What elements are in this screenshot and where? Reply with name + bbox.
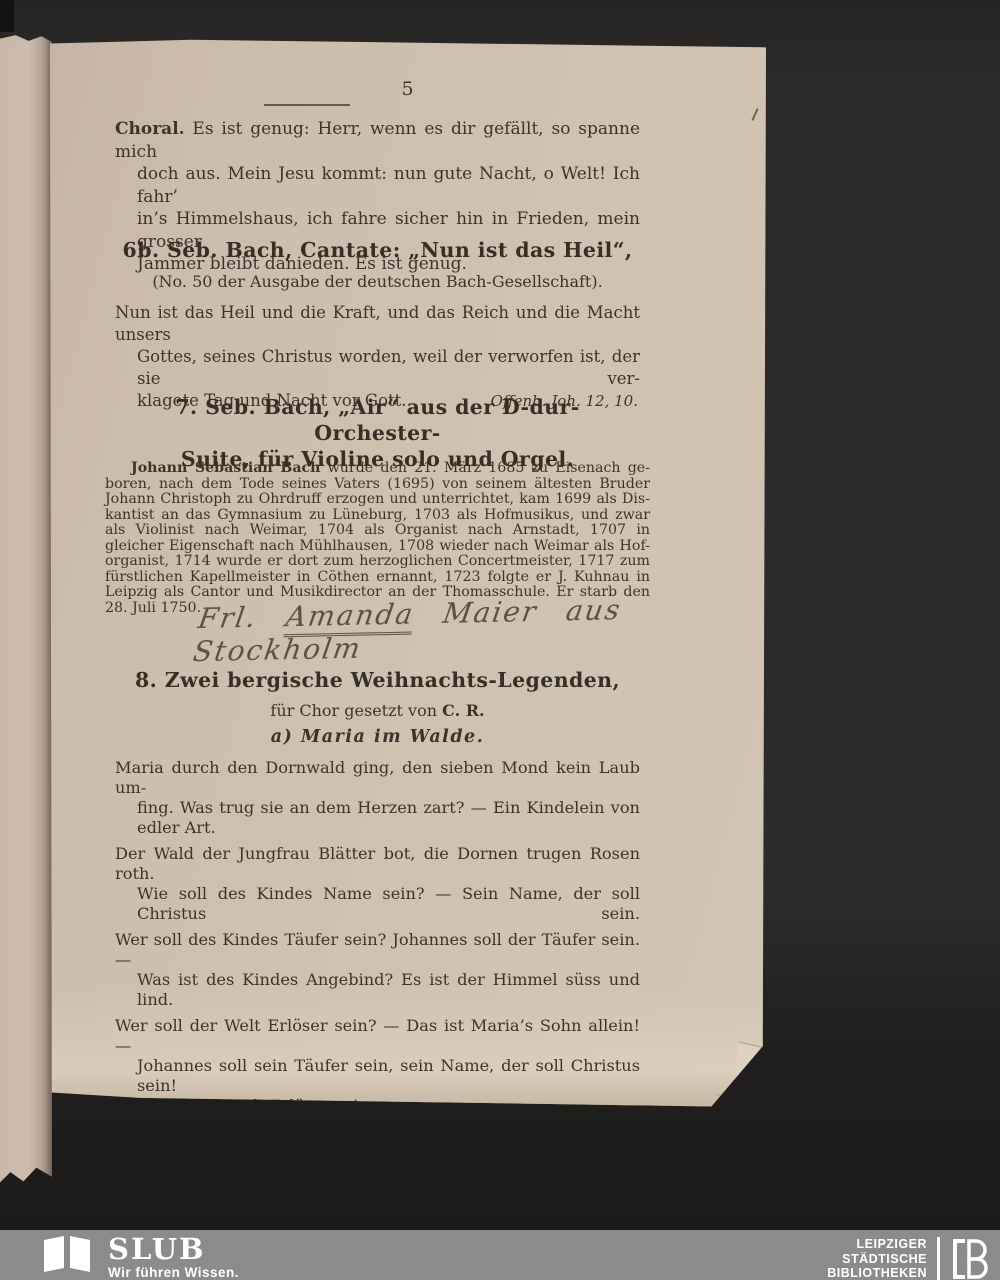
page-number-rule [264,104,350,106]
choral-line: Choral. Es ist genug: Herr, wenn es dir … [115,118,640,163]
sub8-text: für Chor gesetzt von [270,701,442,720]
bio-line: Johann Sebastian Bach wurde den 21. März… [105,461,650,477]
handwritten-annotation: Frl. Amanda Maier aus Stockholm [191,590,781,668]
slub-book-icon [40,1234,94,1274]
composer-initials: C. R. [442,701,484,720]
poem-line: fing. Was trug sie an dem Herzen zart? —… [115,798,640,818]
handwriting-prefix: Frl. [196,601,260,635]
choral-label: Choral. [115,119,185,139]
poem-stanza: Der Wald der Jungfrau Blätter bot, die D… [115,844,640,924]
logo-divider [937,1237,940,1280]
leipzig-libraries-name: LEIPZIGER STÄDTISCHE BIBLIOTHEKEN [827,1234,927,1280]
library-name-line: LEIPZIGER [827,1237,927,1252]
bach-biography: Johann Sebastian Bach wurde den 21. März… [105,461,650,616]
poem-stanza: Wer soll der Welt Erlöser sein? — Das is… [115,1016,640,1116]
legend-a-title: a) Maria im Walde. [115,727,640,747]
section-8-heading: 8. Zwei bergische Weihnachts-Legenden, [115,668,640,692]
leipzig-libraries-logo: LEIPZIGER STÄDTISCHE BIBLIOTHEKEN [827,1234,992,1280]
poem-line: Wer soll des Kindes Täufer sein? Johanne… [115,930,640,970]
poem-line: edler Art. [115,818,640,838]
library-name-line: BIBLIOTHEKEN [827,1266,927,1280]
bio-name-bold: Johann Sebastian Bach [131,460,320,476]
bio-line: gleicher Eigenschaft nach Mühlhausen, 17… [105,539,650,555]
poem-line: Der Wald der Jungfrau Blätter bot, die D… [115,844,640,884]
poem-line: Wer soll der Welt Erlöser sein? — Das is… [115,1016,640,1056]
section-6b-subheading: (No. 50 der Ausgabe der deutschen Bach-G… [115,272,640,291]
scanned-page: 5 Choral. Es ist genug: Herr, wenn es di… [46,36,770,1114]
poem-stanza: Wer soll des Kindes Täufer sein? Johanne… [115,930,640,1010]
bio-line: Johann Christoph zu Ohrdruff erzogen und… [105,492,650,508]
poem-line: Wie soll des Kindes Name sein? — Sein Na… [115,884,640,924]
choral-line: doch aus. Mein Jesu kommt: nun gute Nach… [115,163,640,208]
poem-line: Was ist des Kindes Angebind? Es ist der … [115,970,640,1010]
lsb-b-icon [948,1237,992,1280]
verse-line: Gottes, seines Christus worden, weil der… [115,346,640,390]
scan-corner-shadow [0,0,14,32]
bio-line: kantist an das Gymnasium zu Lüneburg, 17… [105,508,650,524]
poem-stanza: Maria durch den Dornwald ging, den siebe… [115,758,640,838]
slub-wordmark: SLUB [108,1234,239,1264]
poem-line: Er soll der Welt Erlöser sein. [115,1096,640,1116]
page-number: 5 [46,78,770,100]
bio-line: organist, 1714 wurde er dort zum herzogl… [105,554,650,570]
poem-line: Maria durch den Dornwald ging, den siebe… [115,758,640,798]
choral-text: Es ist genug: Herr, wenn es dir gefällt,… [115,119,640,162]
section-8-subheading: für Chor gesetzt von C. R. [115,701,640,720]
viewer-footer-bar: SLUB Wir führen Wissen. LEIPZIGER STÄDTI… [0,1230,1000,1280]
book-gutter-page-edge [0,34,52,1186]
slub-text-block: SLUB Wir führen Wissen. [108,1234,239,1280]
maria-im-walde-poem: Maria durch den Dornwald ging, den siebe… [115,758,640,1122]
slub-tagline: Wir führen Wissen. [108,1265,239,1280]
verse-line: Nun ist das Heil und die Kraft, und das … [115,302,640,346]
bio-line: boren, nach dem Tode seines Vaters (1695… [105,477,650,493]
pen-mark [751,108,758,121]
bio-line: fürstlichen Kapellmeister in Cöthen erna… [105,570,650,586]
section-7-heading-line1: 7. Seb. Bach, „Air“ aus der D-dur-Orches… [115,394,640,446]
folded-corner-crease [680,1030,770,1114]
poem-line: Johannes soll sein Täufer sein, sein Nam… [115,1056,640,1096]
slub-logo: SLUB Wir führen Wissen. [40,1234,239,1280]
section-6b-heading: 6b. Seb. Bach, Cantate: „Nun ist das Hei… [115,238,640,262]
library-name-line: STÄDTISCHE [827,1252,927,1267]
bio-line: als Violinist nach Weimar, 1704 als Orga… [105,523,650,539]
bio-text: wurde den 21. März 1685 zu Eisenach ge- [320,460,650,476]
